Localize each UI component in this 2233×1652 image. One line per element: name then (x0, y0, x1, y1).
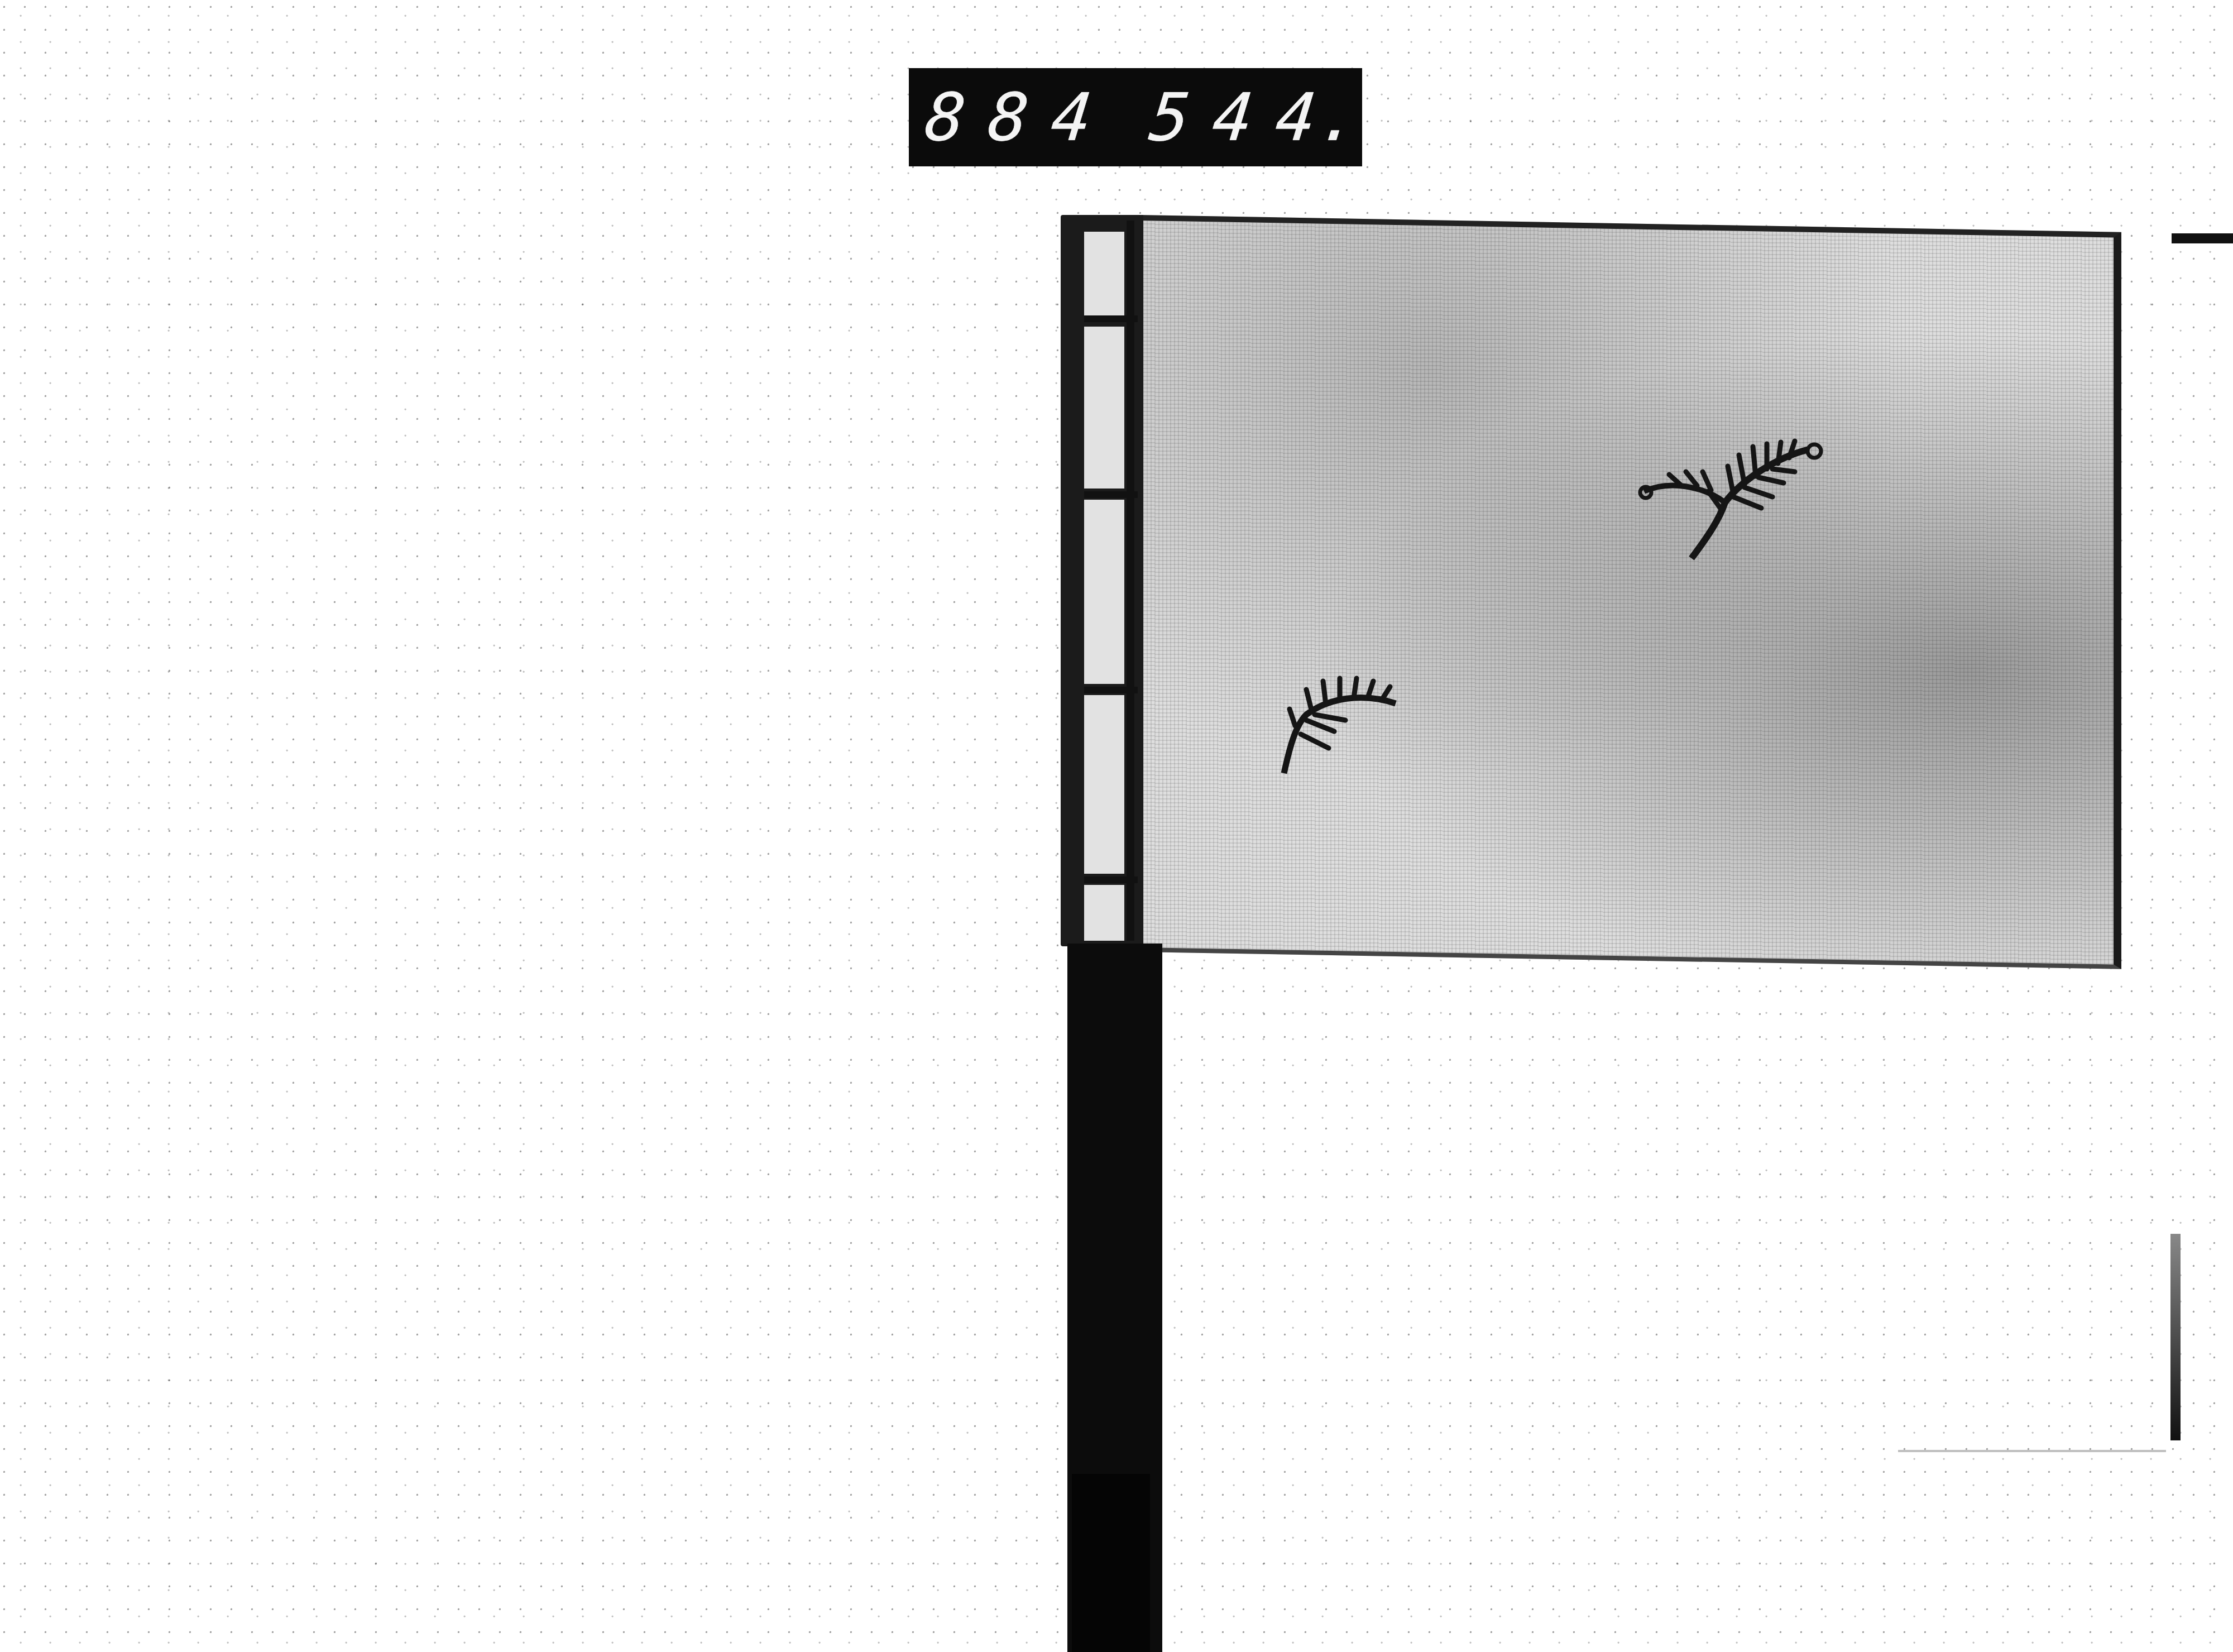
spine-panel (1084, 695, 1124, 874)
label-digit: 8 (922, 84, 972, 150)
book-spine (1061, 215, 1143, 946)
label-digit: 4 (1210, 84, 1259, 150)
spine-panel (1084, 885, 1124, 941)
stitch-icon (1084, 315, 1138, 322)
top-edge-strip (2172, 233, 2233, 243)
stitch-icon (1084, 877, 1138, 883)
catalogue-label: 8 8 4 5 4 4. (909, 68, 1362, 166)
spine-panel (1084, 232, 1124, 315)
fern-small-icon (1273, 664, 1418, 782)
label-right-number: 5 4 4. (1150, 84, 1362, 150)
book-base-shadow (1072, 1474, 1150, 1652)
label-digit: 8 (985, 84, 1035, 150)
spine-panel (1084, 500, 1124, 684)
fern-large-icon (1613, 419, 1837, 564)
stitch-icon (1084, 687, 1138, 693)
label-left-number: 8 8 4 (926, 84, 1095, 150)
book-cover (1139, 215, 2121, 969)
label-digit: 4 (1048, 84, 1098, 150)
page-bottom-line (1898, 1450, 2166, 1452)
label-digit: 5 (1147, 84, 1196, 150)
label-digit: 4. (1273, 84, 1365, 150)
right-edge-shadow (2170, 1234, 2181, 1440)
book (1061, 215, 2177, 980)
stitch-icon (1084, 491, 1138, 498)
spine-panel (1084, 327, 1124, 489)
binding-thread (1127, 221, 1134, 941)
